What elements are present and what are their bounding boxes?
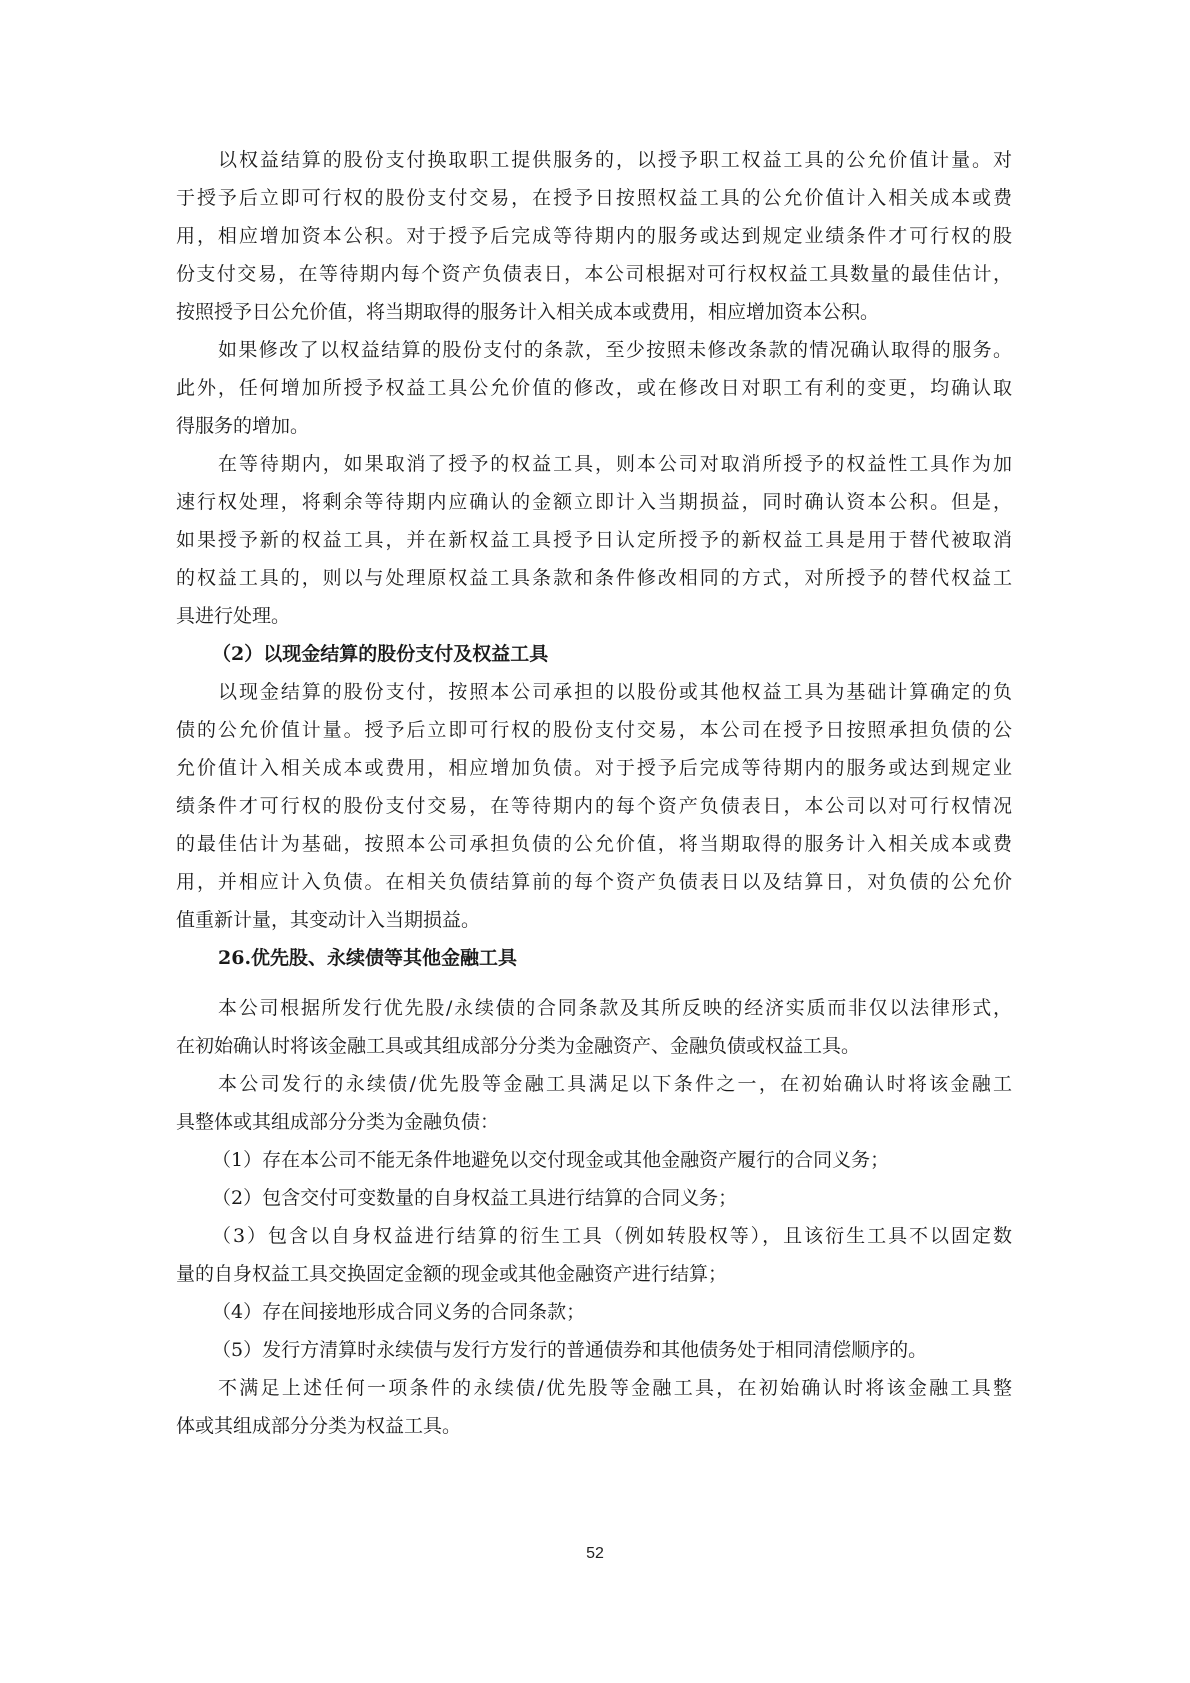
- list-item: （5）发行方清算时永续债与发行方发行的普通债券和其他债务处于相同清偿顺序的。: [212, 1337, 1006, 1363]
- paragraph-line: 允价值计入相关成本或费用，相应增加负债。对于授予后完成等待期内的服务或达到规定业: [176, 755, 1012, 781]
- paragraph-line: 如果修改了以权益结算的股份支付的条款，至少按照未修改条款的情况确认取得的服务。: [218, 337, 1012, 363]
- paragraph-line: 体或其组成部分分类为权益工具。: [176, 1413, 1012, 1439]
- paragraph-line: 以权益结算的股份支付换取职工提供服务的，以授予职工权益工具的公允价值计量。对: [218, 147, 1012, 173]
- paragraph-line: 以现金结算的股份支付，按照本公司承担的以股份或其他权益工具为基础计算确定的负: [218, 679, 1012, 705]
- paragraph-line: 份支付交易，在等待期内每个资产负债表日，本公司根据对可行权权益工具数量的最佳估计…: [176, 261, 1012, 287]
- paragraph-line: 在初始确认时将该金融工具或其组成部分分类为金融资产、金融负债或权益工具。: [176, 1033, 1012, 1059]
- paragraph-line: 本公司根据所发行优先股/永续债的合同条款及其所反映的经济实质而非仅以法律形式，: [218, 995, 1012, 1021]
- list-item-continuation: 量的自身权益工具交换固定金额的现金或其他金融资产进行结算；: [176, 1261, 1012, 1287]
- paragraph-line: 按照授予日公允价值，将当期取得的服务计入相关成本或费用，相应增加资本公积。: [176, 299, 1012, 325]
- paragraph-line: 得服务的增加。: [176, 413, 1012, 439]
- paragraph-line: 在等待期内，如果取消了授予的权益工具，则本公司对取消所授予的权益性工具作为加: [218, 451, 1012, 477]
- paragraph-line: 用，并相应计入负债。在相关负债结算前的每个资产负债表日以及结算日，对负债的公允价: [176, 869, 1012, 895]
- list-item: （1）存在本公司不能无条件地避免以交付现金或其他金融资产履行的合同义务；: [212, 1147, 1006, 1173]
- paragraph-line: 的最佳估计为基础，按照本公司承担负债的公允价值，将当期取得的服务计入相关成本或费: [176, 831, 1012, 857]
- list-item: （3）包含以自身权益进行结算的衍生工具（例如转股权等），且该衍生工具不以固定数: [212, 1223, 1012, 1249]
- section-heading: 26.优先股、永续债等其他金融工具: [218, 945, 1012, 971]
- paragraph-line: 本公司发行的永续债/优先股等金融工具满足以下条件之一，在初始确认时将该金融工: [218, 1071, 1012, 1097]
- paragraph-line: 的权益工具的，则以与处理原权益工具条款和条件修改相同的方式，对所授予的替代权益工: [176, 565, 1012, 591]
- list-item: （4）存在间接地形成合同义务的合同条款；: [212, 1299, 1006, 1325]
- paragraph-line: 具整体或其组成部分分类为金融负债：: [176, 1109, 1012, 1135]
- list-item: （2）包含交付可变数量的自身权益工具进行结算的合同义务；: [212, 1185, 1006, 1211]
- section-heading: （2）以现金结算的股份支付及权益工具: [212, 641, 1006, 667]
- paragraph-line: 如果授予新的权益工具，并在新权益工具授予日认定所授予的新权益工具是用于替代被取消: [176, 527, 1012, 553]
- page-number: 52: [0, 1545, 1190, 1563]
- paragraph-line: 用，相应增加资本公积。对于授予后完成等待期内的服务或达到规定业绩条件才可行权的股: [176, 223, 1012, 249]
- paragraph-line: 债的公允价值计量。授予后立即可行权的股份支付交易，本公司在授予日按照承担负债的公: [176, 717, 1012, 743]
- paragraph-line: 绩条件才可行权的股份支付交易，在等待期内的每个资产负债表日，本公司以对可行权情况: [176, 793, 1012, 819]
- paragraph-line: 不满足上述任何一项条件的永续债/优先股等金融工具，在初始确认时将该金融工具整: [218, 1375, 1012, 1401]
- paragraph-line: 具进行处理。: [176, 603, 1012, 629]
- paragraph-line: 速行权处理，将剩余等待期内应确认的金额立即计入当期损益，同时确认资本公积。但是，: [176, 489, 1012, 515]
- paragraph-line: 此外，任何增加所授予权益工具公允价值的修改，或在修改日对职工有利的变更，均确认取: [176, 375, 1012, 401]
- paragraph-line: 值重新计量，其变动计入当期损益。: [176, 907, 1012, 933]
- paragraph-line: 于授予后立即可行权的股份支付交易，在授予日按照权益工具的公允价值计入相关成本或费: [176, 185, 1012, 211]
- document-page: 以权益结算的股份支付换取职工提供服务的，以授予职工权益工具的公允价值计量。对 于…: [0, 0, 1190, 1683]
